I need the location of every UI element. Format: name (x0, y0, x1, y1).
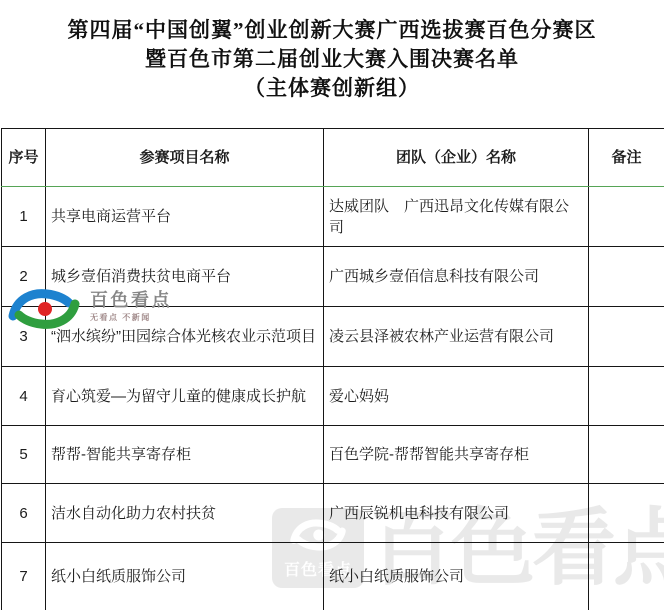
cell-project: 共享电商运营平台 (46, 187, 324, 247)
cell-project: 育心筑爱—为留守儿童的健康成长护航 (46, 367, 324, 426)
cell-team: 凌云县泽被农林产业运营有限公司 (324, 307, 589, 367)
cell-no: 6 (2, 484, 46, 543)
cell-note (589, 247, 664, 307)
cell-note (589, 307, 664, 367)
table-row: 6 洁水自动化助力农村扶贫 广西辰锐机电科技有限公司 (2, 484, 664, 543)
cell-note (589, 484, 664, 543)
left-watermark: 百色看点 无看点 不新闻 (6, 286, 172, 332)
header-project: 参赛项目名称 (46, 129, 324, 187)
cell-no: 7 (2, 543, 46, 610)
cell-team: 达威团队 广西迅昂文化传媒有限公司 (324, 187, 589, 247)
title-line-2: 暨百色市第二届创业大赛入围决赛名单 (0, 45, 664, 74)
page: { "title": { "line1": "第四届“中国创翼”创业创新大赛广西… (0, 0, 664, 610)
cell-project: 帮帮-智能共享寄存柜 (46, 426, 324, 484)
cell-no: 5 (2, 426, 46, 484)
cell-note (589, 367, 664, 426)
cell-project: 洁水自动化助力农村扶贫 (46, 484, 324, 543)
left-watermark-swirl-icon (6, 286, 82, 332)
cell-project: 纸小白纸质服饰公司 (46, 543, 324, 610)
document-title: 第四届“中国创翼”创业创新大赛广西选拔赛百色分赛区 暨百色市第二届创业大赛入围决… (0, 16, 664, 103)
table-row: 7 纸小白纸质服饰公司 纸小白纸质服饰公司 (2, 543, 664, 610)
left-watermark-text: 百色看点 无看点 不新闻 (90, 291, 172, 322)
cell-note (589, 543, 664, 610)
table-row: 1 共享电商运营平台 达威团队 广西迅昂文化传媒有限公司 (2, 187, 664, 247)
cell-team: 百色学院-帮帮智能共享寄存柜 (324, 426, 589, 484)
header-note: 备注 (589, 129, 664, 187)
title-line-3: （主体赛创新组） (0, 74, 664, 103)
header-team: 团队（企业）名称 (324, 129, 589, 187)
header-no: 序号 (2, 129, 46, 187)
title-line-1: 第四届“中国创翼”创业创新大赛广西选拔赛百色分赛区 (0, 16, 664, 45)
table-row: 5 帮帮-智能共享寄存柜 百色学院-帮帮智能共享寄存柜 (2, 426, 664, 484)
table-row: 4 育心筑爱—为留守儿童的健康成长护航 爱心妈妈 (2, 367, 664, 426)
cell-no: 1 (2, 187, 46, 247)
left-watermark-tagline: 无看点 不新闻 (90, 314, 172, 322)
cell-team: 纸小白纸质服饰公司 (324, 543, 589, 610)
cell-team: 爱心妈妈 (324, 367, 589, 426)
finalist-table: 序号 参赛项目名称 团队（企业）名称 备注 1 共享电商运营平台 达威团队 广西… (1, 128, 664, 610)
cell-team: 广西城乡壹佰信息科技有限公司 (324, 247, 589, 307)
cell-team: 广西辰锐机电科技有限公司 (324, 484, 589, 543)
cell-no: 4 (2, 367, 46, 426)
cell-note (589, 426, 664, 484)
cell-note (589, 187, 664, 247)
table-body: 1 共享电商运营平台 达威团队 广西迅昂文化传媒有限公司 2 城乡壹佰消费扶贫电… (2, 187, 664, 610)
left-watermark-brand: 百色看点 (90, 291, 172, 309)
table-header-row: 序号 参赛项目名称 团队（企业）名称 备注 (2, 129, 664, 187)
